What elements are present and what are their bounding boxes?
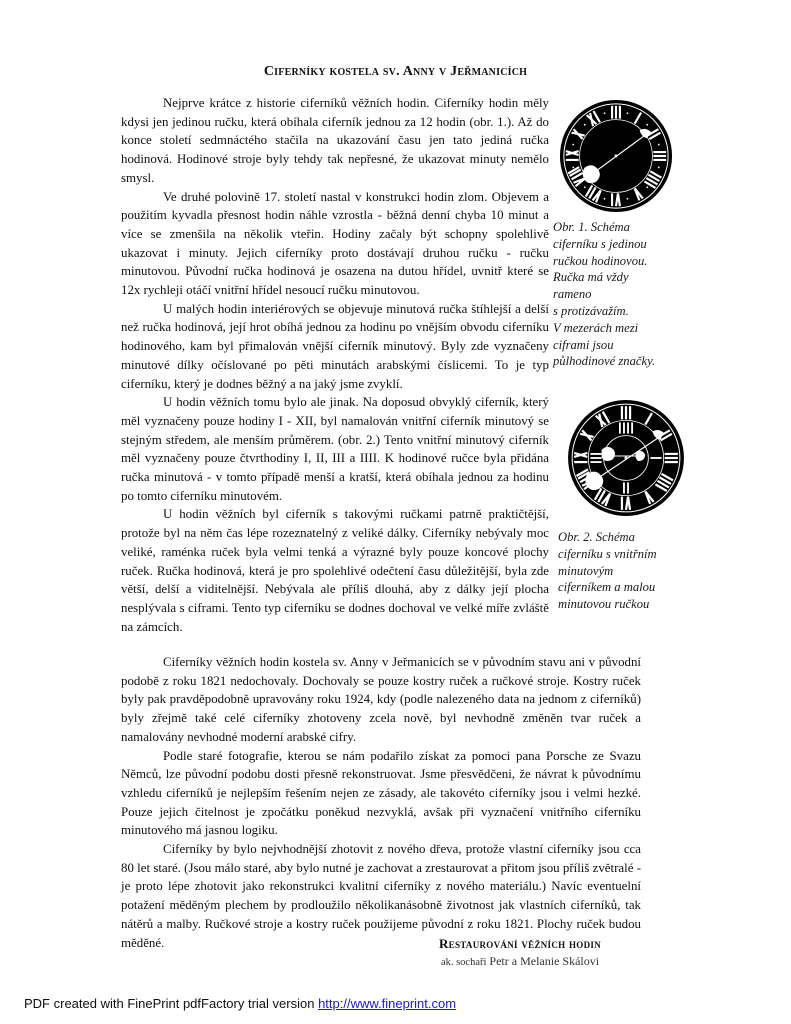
- caption-line: ciferníku s vnitřním: [558, 546, 698, 563]
- caption-line: rameno: [553, 286, 693, 303]
- pdf-footer: PDF created with FinePrint pdfFactory tr…: [24, 996, 456, 1011]
- page-title: Ciferníky kostela sv. Anny v Jeřmanicích: [0, 64, 791, 80]
- article-column: Nejprve krátce z historie ciferníků věžn…: [121, 94, 549, 636]
- caption-line: půlhodinové značky.: [553, 353, 693, 370]
- clock-single-hand-icon: [557, 97, 675, 215]
- caption-line: V mezerách mezi: [553, 320, 693, 337]
- footer-text: PDF created with FinePrint pdfFactory tr…: [24, 996, 318, 1011]
- caption-line: minutovým: [558, 563, 698, 580]
- paragraph: Podle staré fotografie, kterou se nám po…: [121, 747, 641, 841]
- caption-line: minutovou ručkou: [558, 596, 698, 613]
- caption-line: ciframi jsou: [553, 337, 693, 354]
- signature-authors: ak. sochaři Petr a Melanie Skálovi: [380, 954, 660, 969]
- paragraph: U malých hodin interiérových se objevuje…: [121, 300, 549, 394]
- caption-line: Obr. 2. Schéma: [558, 529, 698, 546]
- caption-line: s protizávažím.: [553, 303, 693, 320]
- signature-names: Petr a Melanie Skálovi: [489, 954, 599, 968]
- fineprint-link[interactable]: http://www.fineprint.com: [318, 996, 456, 1011]
- caption-line: ručkou hodinovou.: [553, 253, 693, 270]
- signature-block: Restaurování věžních hodin ak. sochaři P…: [380, 936, 660, 969]
- caption-line: Ručka má vždy: [553, 269, 693, 286]
- figure-1: [557, 97, 675, 215]
- clock-inner-minute-dial-icon: [565, 397, 687, 519]
- signature-title: Restaurování věžních hodin: [380, 936, 660, 952]
- paragraph: Ciferníky věžních hodin kostela sv. Anny…: [121, 653, 641, 747]
- caption-line: ciferníkem a malou: [558, 579, 698, 596]
- paragraph: U hodin věžních byl ciferník s takovými …: [121, 505, 549, 636]
- caption-line: Obr. 1. Schéma: [553, 219, 693, 236]
- figure-2: [565, 397, 687, 519]
- signature-prefix: ak. sochaři: [441, 957, 486, 968]
- paragraph: Nejprve krátce z historie ciferníků věžn…: [121, 94, 549, 188]
- figure-1-caption: Obr. 1. Schéma ciferníku s jedinou ručko…: [553, 219, 693, 370]
- paragraph: Ve druhé polovině 17. století nastal v k…: [121, 188, 549, 300]
- caption-line: ciferníku s jedinou: [553, 236, 693, 253]
- article-full-width: Ciferníky věžních hodin kostela sv. Anny…: [121, 653, 641, 952]
- paragraph: U hodin věžních tomu bylo ale jinak. Na …: [121, 393, 549, 505]
- figure-2-caption: Obr. 2. Schéma ciferníku s vnitřním minu…: [558, 529, 698, 613]
